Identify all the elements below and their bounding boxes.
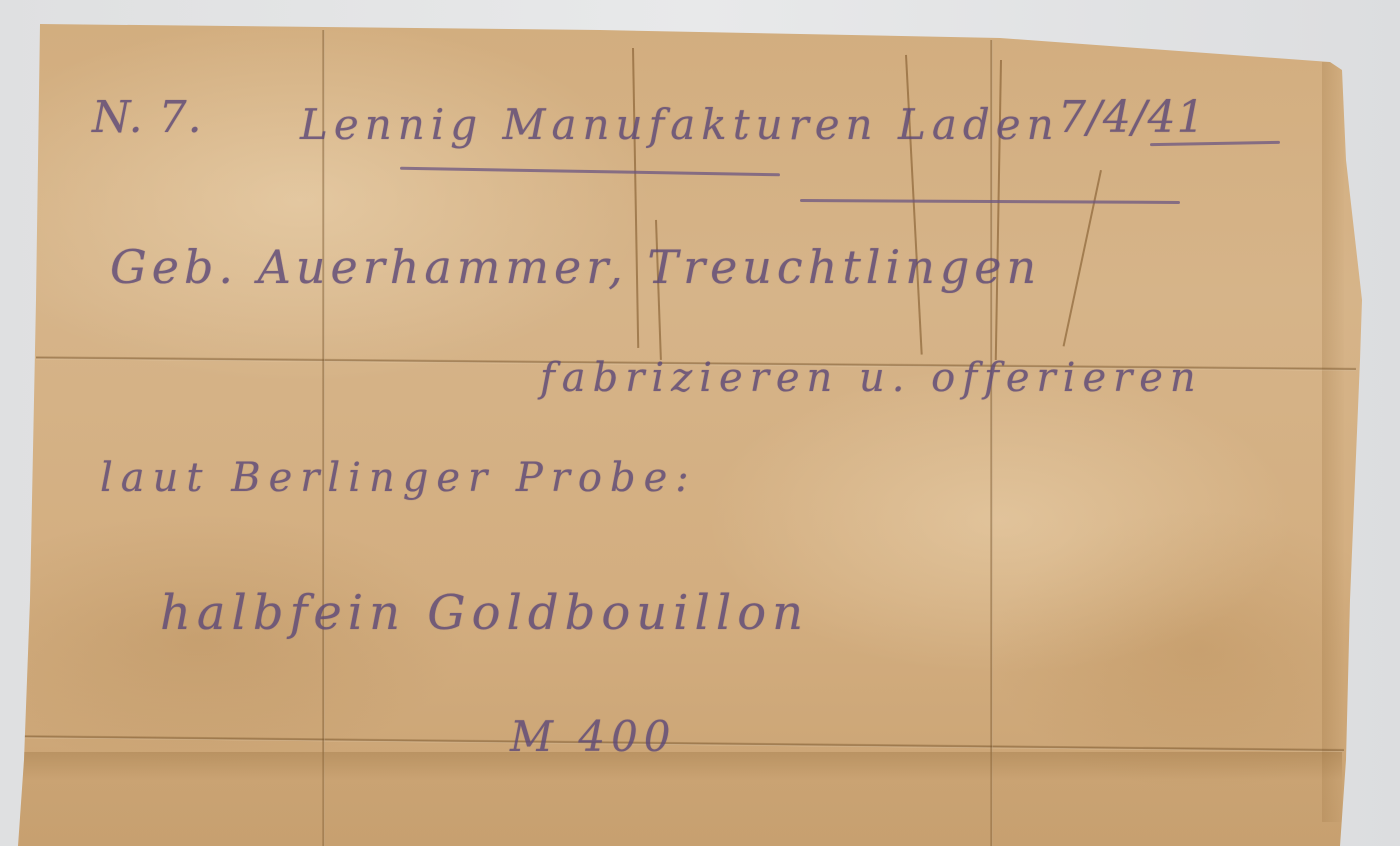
letter-line-3: laut Berlinger Probe:: [100, 455, 697, 501]
aged-paper-sheet: N. 7. Lennig Manufakturen Laden 7/4/41 G…: [0, 0, 1400, 846]
heading-underline: [400, 167, 780, 177]
letter-amount: M 400: [510, 712, 677, 761]
paper-edge-shadow: [1322, 62, 1344, 822]
crease-line: [1063, 170, 1102, 346]
letter-line-1: Geb. Auerhammer, Treuchtlingen: [110, 240, 1041, 294]
fold-line-vertical-right: [990, 40, 993, 846]
crease-line: [632, 48, 639, 348]
letter-line-4: halbfein Goldbouillon: [160, 585, 809, 641]
fold-line-vertical-left: [322, 30, 325, 846]
fold-line-horizontal-lower: [24, 735, 1344, 752]
letter-heading: Lennig Manufakturen Laden: [300, 100, 1060, 149]
letter-line-2: fabrizieren u. offerieren: [540, 355, 1203, 401]
letter-number: N. 7.: [92, 92, 203, 143]
letter-date: 7/4/41: [1058, 92, 1206, 143]
folded-bottom-flap: [20, 752, 1342, 846]
photo-background: N. 7. Lennig Manufakturen Laden 7/4/41 G…: [0, 0, 1400, 846]
